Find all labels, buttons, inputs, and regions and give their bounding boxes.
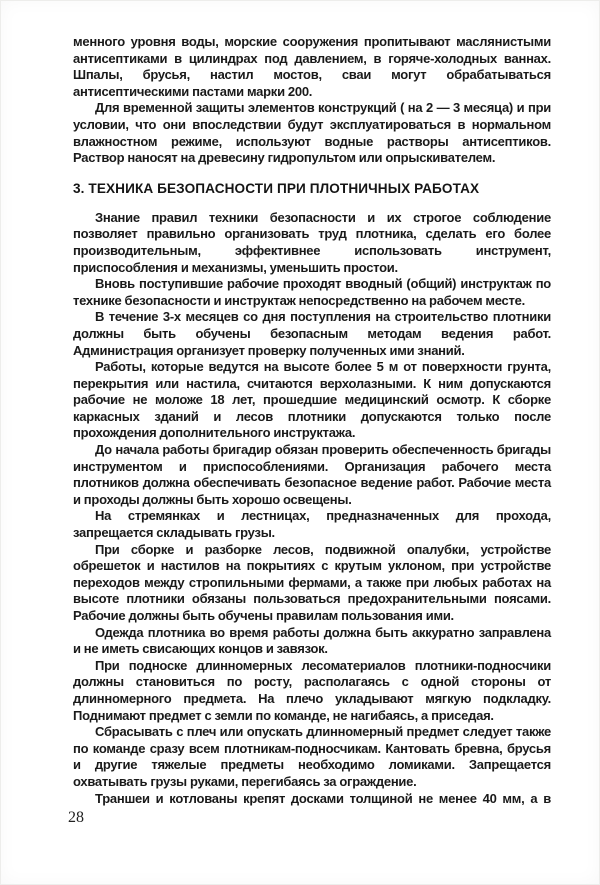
paragraph-safety-belts: При сборке и разборке лесов, подвижной о… [73,542,551,625]
paragraph-foreman-duties: До начала работы бригадир обязан провери… [73,442,551,508]
section-heading: 3. ТЕХНИКА БЕЗОПАСНОСТИ ПРИ ПЛОТНИЧНЫХ Р… [73,180,551,197]
paragraph-intro-continuation: менного уровня воды, морские сооружения … [73,34,551,100]
page-number: 28 [68,809,84,827]
paragraph-ladders-no-loads: На стремянках и лестницах, предназначенн… [73,508,551,541]
paragraph-induction-briefing: Вновь поступившие рабочие проходят вводн… [73,276,551,309]
paragraph-carrying-lumber: При подноске длинномерных лесоматериалов… [73,658,551,724]
paragraph-trenches: Траншеи и котлованы крепят досками толщи… [73,791,551,808]
scanned-book-page: менного уровня воды, морские сооружения … [0,0,600,885]
paragraph-safety-knowledge: Знание правил техники безопасности и их … [73,210,551,276]
paragraph-work-at-height: Работы, которые ведутся на высоте более … [73,359,551,442]
paragraph-intro-antiseptics: Для временной защиты элементов конструкц… [73,100,551,166]
paragraph-dropping-lumber: Сбрасывать с плеч или опускать длинномер… [73,724,551,790]
paragraph-clothing: Одежда плотника во время работы должна б… [73,625,551,658]
text-block: менного уровня воды, морские сооружения … [73,34,551,807]
paragraph-three-month-training: В течение 3-х месяцев со дня поступления… [73,309,551,359]
